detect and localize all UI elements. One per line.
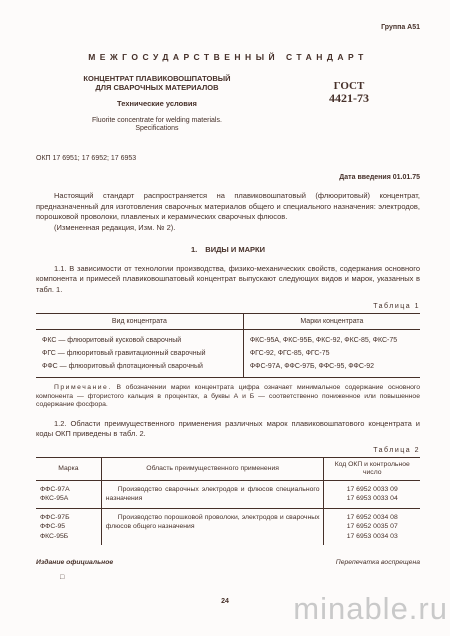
document-subtitle: Технические условия	[36, 99, 278, 108]
mark-value: ФКС-95Б	[40, 532, 97, 542]
section-1-heading: 1.ВИДЫ И МАРКИ	[36, 245, 420, 254]
table-row: ФФС — флюоритовый флотационный сварочный…	[36, 360, 420, 378]
clause-1-2: 1.2. Области преимущественного применени…	[36, 419, 420, 440]
table-2-header-mark: Марка	[36, 457, 101, 480]
title-left-column: КОНЦЕНТРАТ ПЛАВИКОВОШПАТОВЫЙ ДЛЯ СВАРОЧН…	[36, 75, 278, 133]
amendment-note: (Измененная редакция, Изм. № 2).	[36, 223, 420, 233]
group-label: Группа А51	[36, 24, 420, 32]
table-cell-marks: ФФС-97А, ФФС-97Б, ФФС-95, ФФС-92	[243, 360, 420, 378]
table-1-header-row: Вид концентрата Марки концентрата	[36, 314, 420, 330]
note-label: Примечание.	[54, 384, 112, 391]
table-cell-marks: ФФС-97Б ФФС-95 ФКС-95Б	[36, 508, 101, 545]
okp-code: 17 6953 0034 03	[328, 532, 416, 542]
section-1-number: 1.	[191, 245, 197, 254]
footnote-square-glyph: □	[60, 574, 64, 581]
table-1-header-kind: Вид концентрата	[36, 314, 243, 330]
document-title-english: Fluorite concentrate for welding materia…	[36, 117, 278, 133]
table-cell-kind: ФГС — флюоритовый гравитационный сварочн…	[36, 347, 243, 360]
okp-code: 17 6952 0034 08	[328, 513, 416, 523]
intro-paragraph: Настоящий стандарт распространяется на п…	[36, 191, 420, 223]
standard-type-heading: МЕЖГОСУДАРСТВЕННЫЙ СТАНДАРТ	[36, 53, 420, 62]
document-title-english-line2: Specifications	[36, 125, 278, 133]
clause-1-1: 1.1. В зависимости от технологии произво…	[36, 264, 420, 296]
gost-designation: ГОСТ 4421-73	[278, 81, 420, 133]
document-title: КОНЦЕНТРАТ ПЛАВИКОВОШПАТОВЫЙ ДЛЯ СВАРОЧН…	[36, 75, 278, 92]
document-title-english-line1: Fluorite concentrate for welding materia…	[36, 117, 278, 125]
table-2-header-okp: Код ОКП и контрольное число	[324, 457, 420, 480]
table-cell-marks: ФФС-97А ФКС-95А	[36, 480, 101, 508]
table-cell-marks: ФКС-95А, ФКС-95Б, ФКС-92, ФКС-85, ФКС-75	[243, 330, 420, 348]
document-page: Группа А51 МЕЖГОСУДАРСТВЕННЫЙ СТАНДАРТ К…	[0, 0, 450, 636]
application-text: Производство порошковой проволоки, элект…	[106, 513, 320, 532]
mark-value: ФФС-95	[40, 522, 97, 532]
table-2-header-application: Область преимущественного применения	[101, 457, 324, 480]
official-edition-notice: Издание официальное	[36, 559, 113, 566]
okp-codes-line: ОКП 17 6951; 17 6952; 17 6953	[36, 155, 420, 162]
table-1-note: Примечание. В обозначении марки концентр…	[36, 384, 420, 410]
okp-code: 17 6952 0035 07	[328, 522, 416, 532]
table-2-caption: Таблица 2	[36, 447, 420, 454]
table-2-header-row: Марка Область преимущественного применен…	[36, 457, 420, 480]
document-title-line2: ДЛЯ СВАРОЧНЫХ МАТЕРИАЛОВ	[36, 84, 278, 93]
table-cell-codes: 17 6952 0034 08 17 6952 0035 07 17 6953 …	[324, 508, 420, 545]
mark-value: ФФС-97Б	[40, 513, 97, 523]
mark-value: ФКС-95А	[40, 494, 97, 504]
mark-value: ФФС-97А	[40, 485, 97, 495]
table-row: ФФС-97А ФКС-95А Производство сварочных э…	[36, 480, 420, 508]
table-cell-kind: ФКС — флюоритовый кусковой сварочный	[36, 330, 243, 348]
table-1-caption: Таблица 1	[36, 303, 420, 310]
table-cell-kind: ФФС — флюоритовый флотационный сварочный	[36, 360, 243, 378]
table-cell-codes: 17 6952 0033 09 17 6953 0033 04	[324, 480, 420, 508]
section-1-title: ВИДЫ И МАРКИ	[205, 245, 265, 254]
gost-number: 4421-73	[278, 92, 420, 104]
page-content: Группа А51 МЕЖГОСУДАРСТВЕННЫЙ СТАНДАРТ К…	[0, 0, 450, 584]
reprint-prohibited-notice: Перепечатка воспрещена	[336, 559, 420, 566]
table-row: ФГС — флюоритовый гравитационный сварочн…	[36, 347, 420, 360]
table-1: Вид концентрата Марки концентрата ФКС — …	[36, 313, 420, 378]
table-1-header-marks: Марки концентрата	[243, 314, 420, 330]
table-cell-application: Производство сварочных электродов и флюс…	[101, 480, 324, 508]
table-cell-application: Производство порошковой проволоки, элект…	[101, 508, 324, 545]
site-watermark: minable.ru	[293, 593, 448, 624]
title-block: КОНЦЕНТРАТ ПЛАВИКОВОШПАТОВЫЙ ДЛЯ СВАРОЧН…	[36, 75, 420, 133]
okp-code: 17 6952 0033 09	[328, 485, 416, 495]
table-2: Марка Область преимущественного применен…	[36, 457, 420, 546]
table-row: ФФС-97Б ФФС-95 ФКС-95Б Производство поро…	[36, 508, 420, 545]
table-row: ФКС — флюоритовый кусковой сварочный ФКС…	[36, 330, 420, 348]
table-cell-marks: ФГС-92, ФГС-85, ФГС-75	[243, 347, 420, 360]
okp-code: 17 6953 0033 04	[328, 494, 416, 504]
effective-date: Дата введения 01.01.75	[36, 174, 420, 181]
footer-notices: Издание официальное Перепечатка воспреще…	[36, 559, 420, 566]
application-text: Производство сварочных электродов и флюс…	[106, 485, 320, 504]
